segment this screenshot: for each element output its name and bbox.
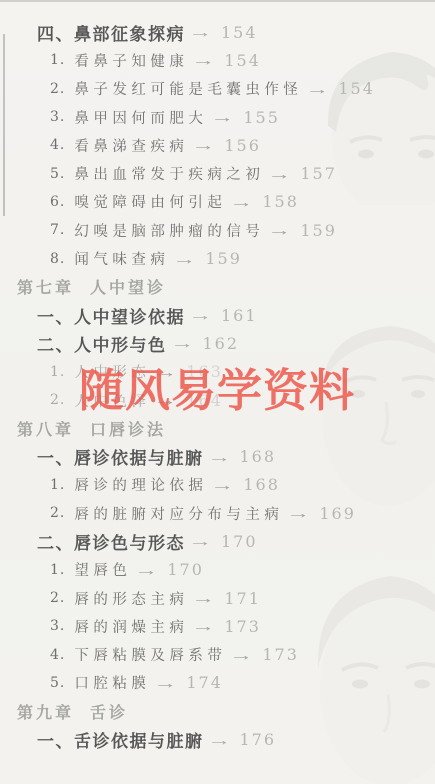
toc-row: 2. 唇的形态主病 → 171 bbox=[0, 584, 435, 612]
entry-page: 173 bbox=[224, 617, 261, 636]
scanned-book-page: { "page": { "kind": "book-table-of-conte… bbox=[0, 0, 435, 784]
toc-row: 4. 下唇粘膜及唇系带 → 173 bbox=[0, 641, 435, 669]
entry-label: 四、鼻部征象探病 bbox=[37, 20, 185, 45]
entry-page: 168 bbox=[240, 447, 277, 466]
arrow-icon: → bbox=[147, 392, 184, 408]
entry-number: 5. bbox=[50, 675, 65, 691]
toc-row: 4. 看鼻涕查疾病 → 156 bbox=[0, 131, 435, 159]
entry-page: 176 bbox=[240, 730, 277, 749]
arrow-icon: → bbox=[147, 364, 184, 380]
entry-number: 4. bbox=[50, 137, 65, 153]
toc-row: 2. 鼻子发红可能是毛囊虫作怪 → 154 bbox=[0, 75, 435, 103]
toc-row: 二、人中形与色 → 162 bbox=[0, 329, 435, 357]
entry-label: 一、舌诊依据与脏腑 bbox=[37, 727, 204, 752]
entry-page: 162 bbox=[203, 334, 240, 353]
entry-page: 156 bbox=[224, 136, 261, 155]
entry-label: 人中形态 bbox=[74, 361, 150, 382]
toc-row-occluded: 1. 人中形态 → 163 bbox=[0, 358, 435, 386]
toc-row-occluded: 2. 人中色泽 → 164 bbox=[0, 386, 435, 414]
toc-row: 1. 看鼻子知健康 → 154 bbox=[0, 46, 435, 74]
toc-row: 7. 幻嗅是脑部肿瘤的信号 → 159 bbox=[0, 216, 435, 244]
toc-row: 四、鼻部征象探病 → 154 bbox=[0, 18, 435, 46]
entry-page: 154 bbox=[221, 23, 258, 42]
chapter-title: 口唇诊法 bbox=[90, 417, 166, 440]
entry-page: 164 bbox=[186, 391, 223, 410]
toc-chapter-row: 第八章 口唇诊法 bbox=[0, 414, 435, 442]
entry-label: 二、唇诊色与形态 bbox=[37, 529, 185, 554]
entry-number: 3. bbox=[50, 618, 65, 634]
entry-page: 154 bbox=[224, 51, 261, 70]
entry-page: 168 bbox=[243, 475, 280, 494]
arrow-icon: → bbox=[223, 647, 260, 663]
toc-row: 一、舌诊依据与脏腑 → 176 bbox=[0, 725, 435, 753]
toc-chapter-row: 第七章 人中望诊 bbox=[0, 273, 435, 301]
toc-row: 2. 唇的脏腑对应分布与主病 → 169 bbox=[0, 499, 435, 527]
arrow-icon: → bbox=[147, 675, 184, 691]
entry-label: 人中色泽 bbox=[74, 390, 150, 411]
toc-row: 5. 口腔粘膜 → 174 bbox=[0, 669, 435, 697]
entry-label: 鼻出血常发于疾病之初 bbox=[74, 163, 264, 184]
toc-row: 5. 鼻出血常发于疾病之初 → 157 bbox=[0, 159, 435, 187]
toc-row: 8. 闻气味查病 → 159 bbox=[0, 244, 435, 272]
entry-page: 169 bbox=[319, 504, 356, 523]
entry-label: 一、唇诊依据与脏腑 bbox=[37, 444, 204, 469]
entry-label: 闻气味查病 bbox=[74, 248, 169, 269]
arrow-icon: → bbox=[185, 52, 222, 68]
toc-row: 一、人中望诊依据 → 161 bbox=[0, 301, 435, 329]
toc-row: 二、唇诊色与形态 → 170 bbox=[0, 527, 435, 555]
arrow-icon: → bbox=[261, 166, 298, 182]
arrow-icon: → bbox=[181, 533, 218, 549]
arrow-icon: → bbox=[200, 732, 237, 748]
toc-row: 3. 唇的润燥主病 → 173 bbox=[0, 612, 435, 640]
arrow-icon: → bbox=[299, 81, 336, 97]
arrow-icon: → bbox=[185, 618, 222, 634]
entry-number: 8. bbox=[50, 251, 65, 267]
entry-page: 155 bbox=[243, 108, 280, 127]
arrow-icon: → bbox=[204, 109, 241, 125]
arrow-icon: → bbox=[163, 335, 200, 351]
toc-chapter-row: 第九章 舌诊 bbox=[0, 697, 435, 725]
entry-number: 2. bbox=[50, 505, 65, 521]
entry-number: 2. bbox=[50, 81, 65, 97]
arrow-icon: → bbox=[181, 307, 218, 323]
entry-number: 1. bbox=[50, 52, 65, 68]
entry-label: 嗅觉障碍由何引起 bbox=[74, 191, 226, 212]
entry-label: 唇的脏腑对应分布与主病 bbox=[74, 503, 283, 524]
entry-page: 174 bbox=[186, 673, 223, 692]
scan-edge-top-line bbox=[0, 0, 435, 2]
entry-label: 唇的形态主病 bbox=[74, 588, 188, 609]
entry-page: 161 bbox=[221, 306, 258, 325]
arrow-icon: → bbox=[204, 477, 241, 493]
arrow-icon: → bbox=[185, 590, 222, 606]
entry-page: 170 bbox=[167, 560, 204, 579]
entry-page: 159 bbox=[300, 221, 337, 240]
chapter-label: 第七章 bbox=[17, 275, 74, 298]
entry-label: 下唇粘膜及唇系带 bbox=[74, 644, 226, 665]
entry-page: 159 bbox=[205, 249, 242, 268]
entry-number: 7. bbox=[50, 222, 65, 238]
entry-label: 望唇色 bbox=[74, 559, 131, 580]
entry-label: 口腔粘膜 bbox=[74, 672, 150, 693]
entry-number: 4. bbox=[50, 647, 65, 663]
entry-page: 163 bbox=[186, 362, 223, 381]
entry-label: 看鼻子知健康 bbox=[74, 50, 188, 71]
entry-label: 二、人中形与色 bbox=[37, 331, 167, 356]
chapter-label: 第八章 bbox=[17, 417, 74, 440]
entry-label: 唇的润燥主病 bbox=[74, 616, 188, 637]
entry-page: 157 bbox=[300, 164, 337, 183]
toc-row: 1. 望唇色 → 170 bbox=[0, 556, 435, 584]
toc-row: 6. 嗅觉障碍由何引起 → 158 bbox=[0, 188, 435, 216]
toc-row: 一、唇诊依据与脏腑 → 168 bbox=[0, 442, 435, 470]
arrow-icon: → bbox=[223, 194, 260, 210]
entry-page: 171 bbox=[224, 589, 261, 608]
entry-number: 5. bbox=[50, 166, 65, 182]
entry-label: 幻嗅是脑部肿瘤的信号 bbox=[74, 220, 264, 241]
arrow-icon: → bbox=[261, 222, 298, 238]
entry-label: 看鼻涕查疾病 bbox=[74, 135, 188, 156]
entry-page: 170 bbox=[221, 532, 258, 551]
chapter-label: 第九章 bbox=[17, 700, 74, 723]
entry-number: 3. bbox=[50, 109, 65, 125]
entry-label: 鼻子发红可能是毛囊虫作怪 bbox=[74, 78, 302, 99]
arrow-icon: → bbox=[185, 137, 222, 153]
arrow-icon: → bbox=[128, 562, 165, 578]
entry-page: 154 bbox=[338, 79, 375, 98]
table-of-contents: 四、鼻部征象探病 → 154 1. 看鼻子知健康 → 154 2. 鼻子发红可能… bbox=[0, 18, 435, 754]
entry-label: 唇诊的理论依据 bbox=[74, 474, 207, 495]
entry-page: 173 bbox=[262, 645, 299, 664]
arrow-icon: → bbox=[181, 24, 218, 40]
entry-number: 1. bbox=[50, 477, 65, 493]
arrow-icon: → bbox=[280, 505, 317, 521]
arrow-icon: → bbox=[200, 449, 237, 465]
chapter-title: 舌诊 bbox=[90, 700, 128, 723]
entry-label: 鼻甲因何而肥大 bbox=[74, 107, 207, 128]
entry-page: 158 bbox=[262, 192, 299, 211]
entry-number: 1. bbox=[50, 364, 65, 380]
chapter-title: 人中望诊 bbox=[90, 275, 166, 298]
entry-label: 一、人中望诊依据 bbox=[37, 303, 185, 328]
entry-number: 6. bbox=[50, 194, 65, 210]
arrow-icon: → bbox=[166, 251, 203, 267]
entry-number: 1. bbox=[50, 562, 65, 578]
entry-number: 2. bbox=[50, 590, 65, 606]
toc-row: 1. 唇诊的理论依据 → 168 bbox=[0, 471, 435, 499]
toc-row: 3. 鼻甲因何而肥大 → 155 bbox=[0, 103, 435, 131]
entry-number: 2. bbox=[50, 392, 65, 408]
